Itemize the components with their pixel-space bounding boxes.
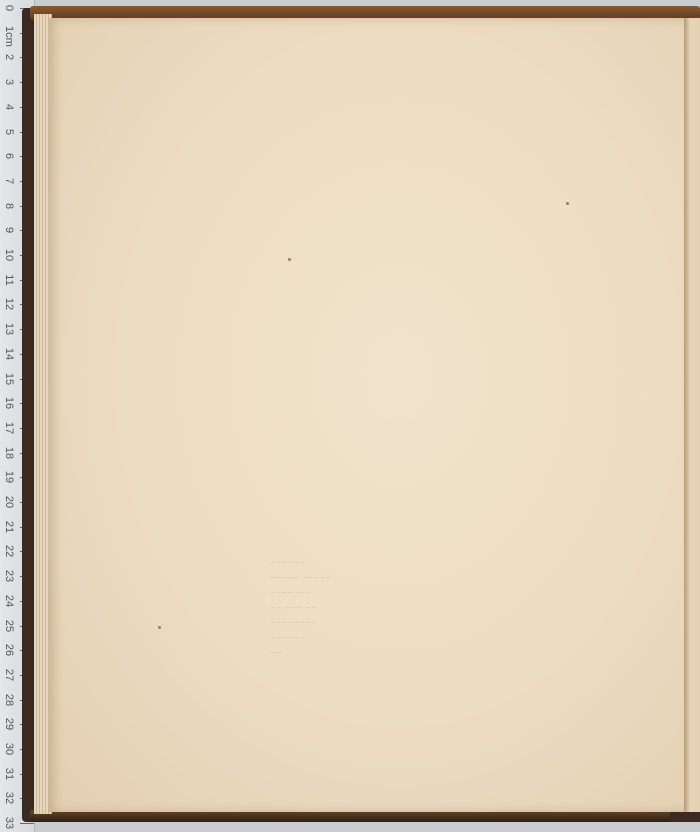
paper-speck [158,626,161,629]
ruler-number: 26 [3,643,15,657]
ruler-number: 22 [3,544,15,558]
ruler-number: 32 [3,791,15,805]
bleed-line: ~~~~~~ [270,631,370,646]
ruler-number: 29 [3,717,15,731]
ruler-number: 5 [3,125,15,139]
bleed-line: ~~~~~~~ [270,586,370,601]
paper-speck [566,202,569,205]
bleed-line: ~~~~~~ [270,556,370,571]
ruler-number: 31 [3,767,15,781]
ruler-number: 11 [3,273,15,287]
facing-page-gutter [684,18,700,812]
ruler-number: 17 [3,421,15,435]
ruler-number: 14 [3,347,15,361]
bleed-line: ~~ ~~~ ~~ [270,601,370,616]
ruler-number: 12 [3,297,15,311]
ruler-number: 16 [3,396,15,410]
ruler-number: 30 [3,742,15,756]
ruler-number: 19 [3,470,15,484]
bleed-through-text: ~~~~~~ ~~~~~ ~~~~~ ~~~~~~~ ~~ ~~~ ~~ ~~~… [270,556,370,661]
ruler-number: 8 [3,199,15,213]
ruler-number: 10 [3,248,15,262]
ruler-number: 20 [3,495,15,509]
ruler-number: 2 [3,50,15,64]
ruler-number: 23 [3,569,15,583]
ruler-tick [20,823,34,824]
ruler-number: 4 [3,100,15,114]
paper-speck [288,258,291,261]
bleed-line: ~~~~~ ~~~~~ [270,571,370,586]
ruler-number: 33 [3,816,15,830]
ruler-number: 27 [3,668,15,682]
ruler-number: 9 [3,223,15,237]
ruler-number: 18 [3,446,15,460]
ruler-number: 28 [3,693,15,707]
blank-page [48,18,686,812]
ruler-number: 1cm [3,26,15,40]
ruler-number: 15 [3,372,15,386]
bleed-line: ~~~~~~~~ [270,616,370,631]
ruler-number: 0 [3,1,15,15]
ruler-number: 7 [3,174,15,188]
bleed-line: ~~ [270,646,370,661]
ruler-number: 3 [3,75,15,89]
ruler-number: 13 [3,322,15,336]
ruler-number: 24 [3,594,15,608]
ruler-number: 25 [3,619,15,633]
ruler-number: 6 [3,149,15,163]
ruler-number: 21 [3,520,15,534]
